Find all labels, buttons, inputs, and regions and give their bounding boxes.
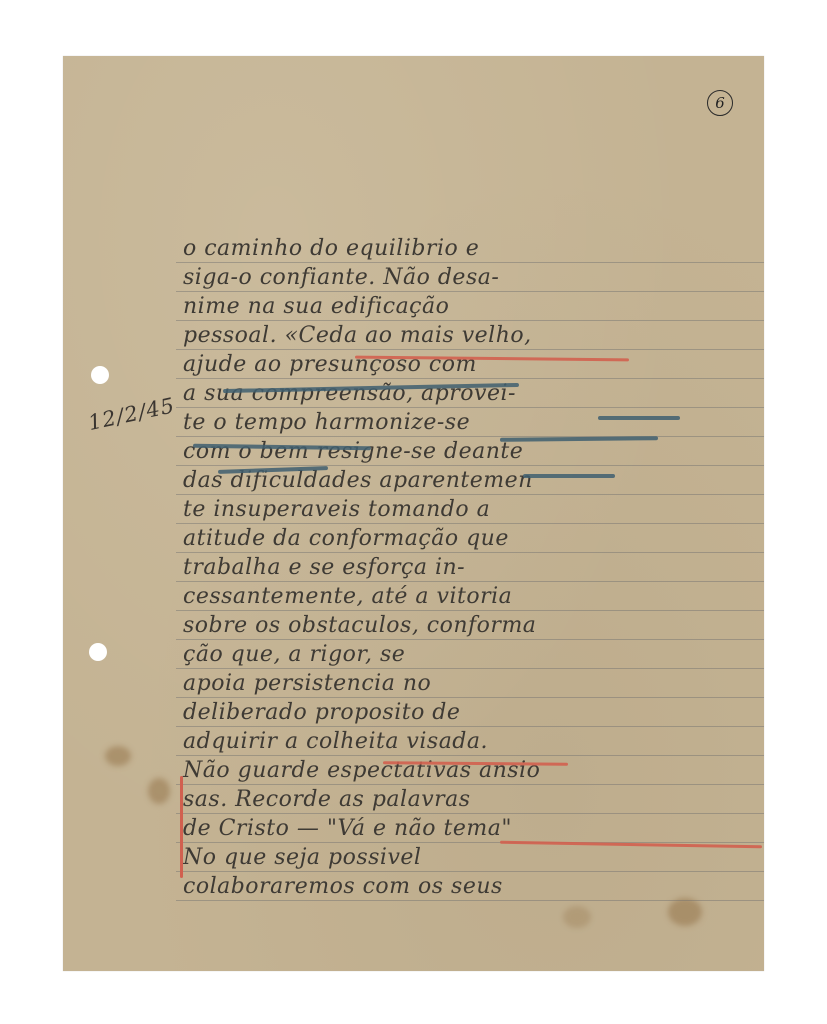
text-line: sas. Recorde as palavras bbox=[183, 787, 763, 812]
text-line: pessoal. «Ceda ao mais velho, bbox=[183, 323, 763, 348]
ruled-line bbox=[176, 610, 764, 611]
ruled-line bbox=[176, 813, 764, 814]
text-line: de Cristo — "Vá e não tema" bbox=[183, 816, 763, 841]
ruled-line bbox=[176, 378, 764, 379]
ruled-line bbox=[176, 668, 764, 669]
text-line: sobre os obstaculos, conforma bbox=[183, 613, 763, 638]
stain bbox=[563, 906, 591, 928]
ruled-line bbox=[176, 871, 764, 872]
stain bbox=[668, 898, 702, 926]
text-line: te o tempo harmonize-se bbox=[183, 410, 763, 435]
ruled-line bbox=[176, 465, 764, 466]
ruled-line bbox=[176, 697, 764, 698]
punch-hole-bottom bbox=[89, 643, 107, 661]
ruled-line bbox=[176, 262, 764, 263]
stain bbox=[105, 746, 131, 766]
punch-hole-top bbox=[91, 366, 109, 384]
ruled-line bbox=[176, 320, 764, 321]
text-line: ção que, a rigor, se bbox=[183, 642, 763, 667]
ruled-line bbox=[176, 784, 764, 785]
text-line: ajude ao presunçoso com bbox=[183, 352, 763, 377]
ruled-line bbox=[176, 755, 764, 756]
ruled-line bbox=[176, 552, 764, 553]
ruled-line bbox=[176, 436, 764, 437]
text-line: cessantemente, até a vitoria bbox=[183, 584, 763, 609]
text-line: colaboraremos com os seus bbox=[183, 874, 763, 899]
ruled-line bbox=[176, 291, 764, 292]
text-line: deliberado proposito de bbox=[183, 700, 763, 725]
text-line: adquirir a colheita visada. bbox=[183, 729, 763, 754]
ruled-line bbox=[176, 494, 764, 495]
stain bbox=[148, 778, 170, 804]
ruled-line bbox=[176, 349, 764, 350]
ruled-line bbox=[176, 407, 764, 408]
text-line: com o bem resigne-se deante bbox=[183, 439, 763, 464]
ruled-line bbox=[176, 900, 764, 901]
manuscript-page: 6 12/2/45 o caminho do equilibrio e siga… bbox=[63, 56, 764, 971]
page-number: 6 bbox=[707, 90, 733, 116]
date-annotation: 12/2/45 bbox=[86, 393, 177, 435]
text-line: siga-o confiante. Não desa- bbox=[183, 265, 763, 290]
text-line: trabalha e se esforça in- bbox=[183, 555, 763, 580]
text-line: nime na sua edificação bbox=[183, 294, 763, 319]
ruled-line bbox=[176, 726, 764, 727]
ruled-line bbox=[176, 581, 764, 582]
text-line: apoia persistencia no bbox=[183, 671, 763, 696]
blue-underline bbox=[598, 416, 680, 420]
blue-underline bbox=[523, 474, 615, 478]
red-margin-bar bbox=[180, 776, 183, 878]
ruled-line bbox=[176, 523, 764, 524]
text-line: o caminho do equilibrio e bbox=[183, 236, 763, 261]
ruled-line bbox=[176, 639, 764, 640]
text-line: No que seja possivel bbox=[183, 845, 763, 870]
text-line: te insuperaveis tomando a bbox=[183, 497, 763, 522]
text-line: atitude da conformação que bbox=[183, 526, 763, 551]
